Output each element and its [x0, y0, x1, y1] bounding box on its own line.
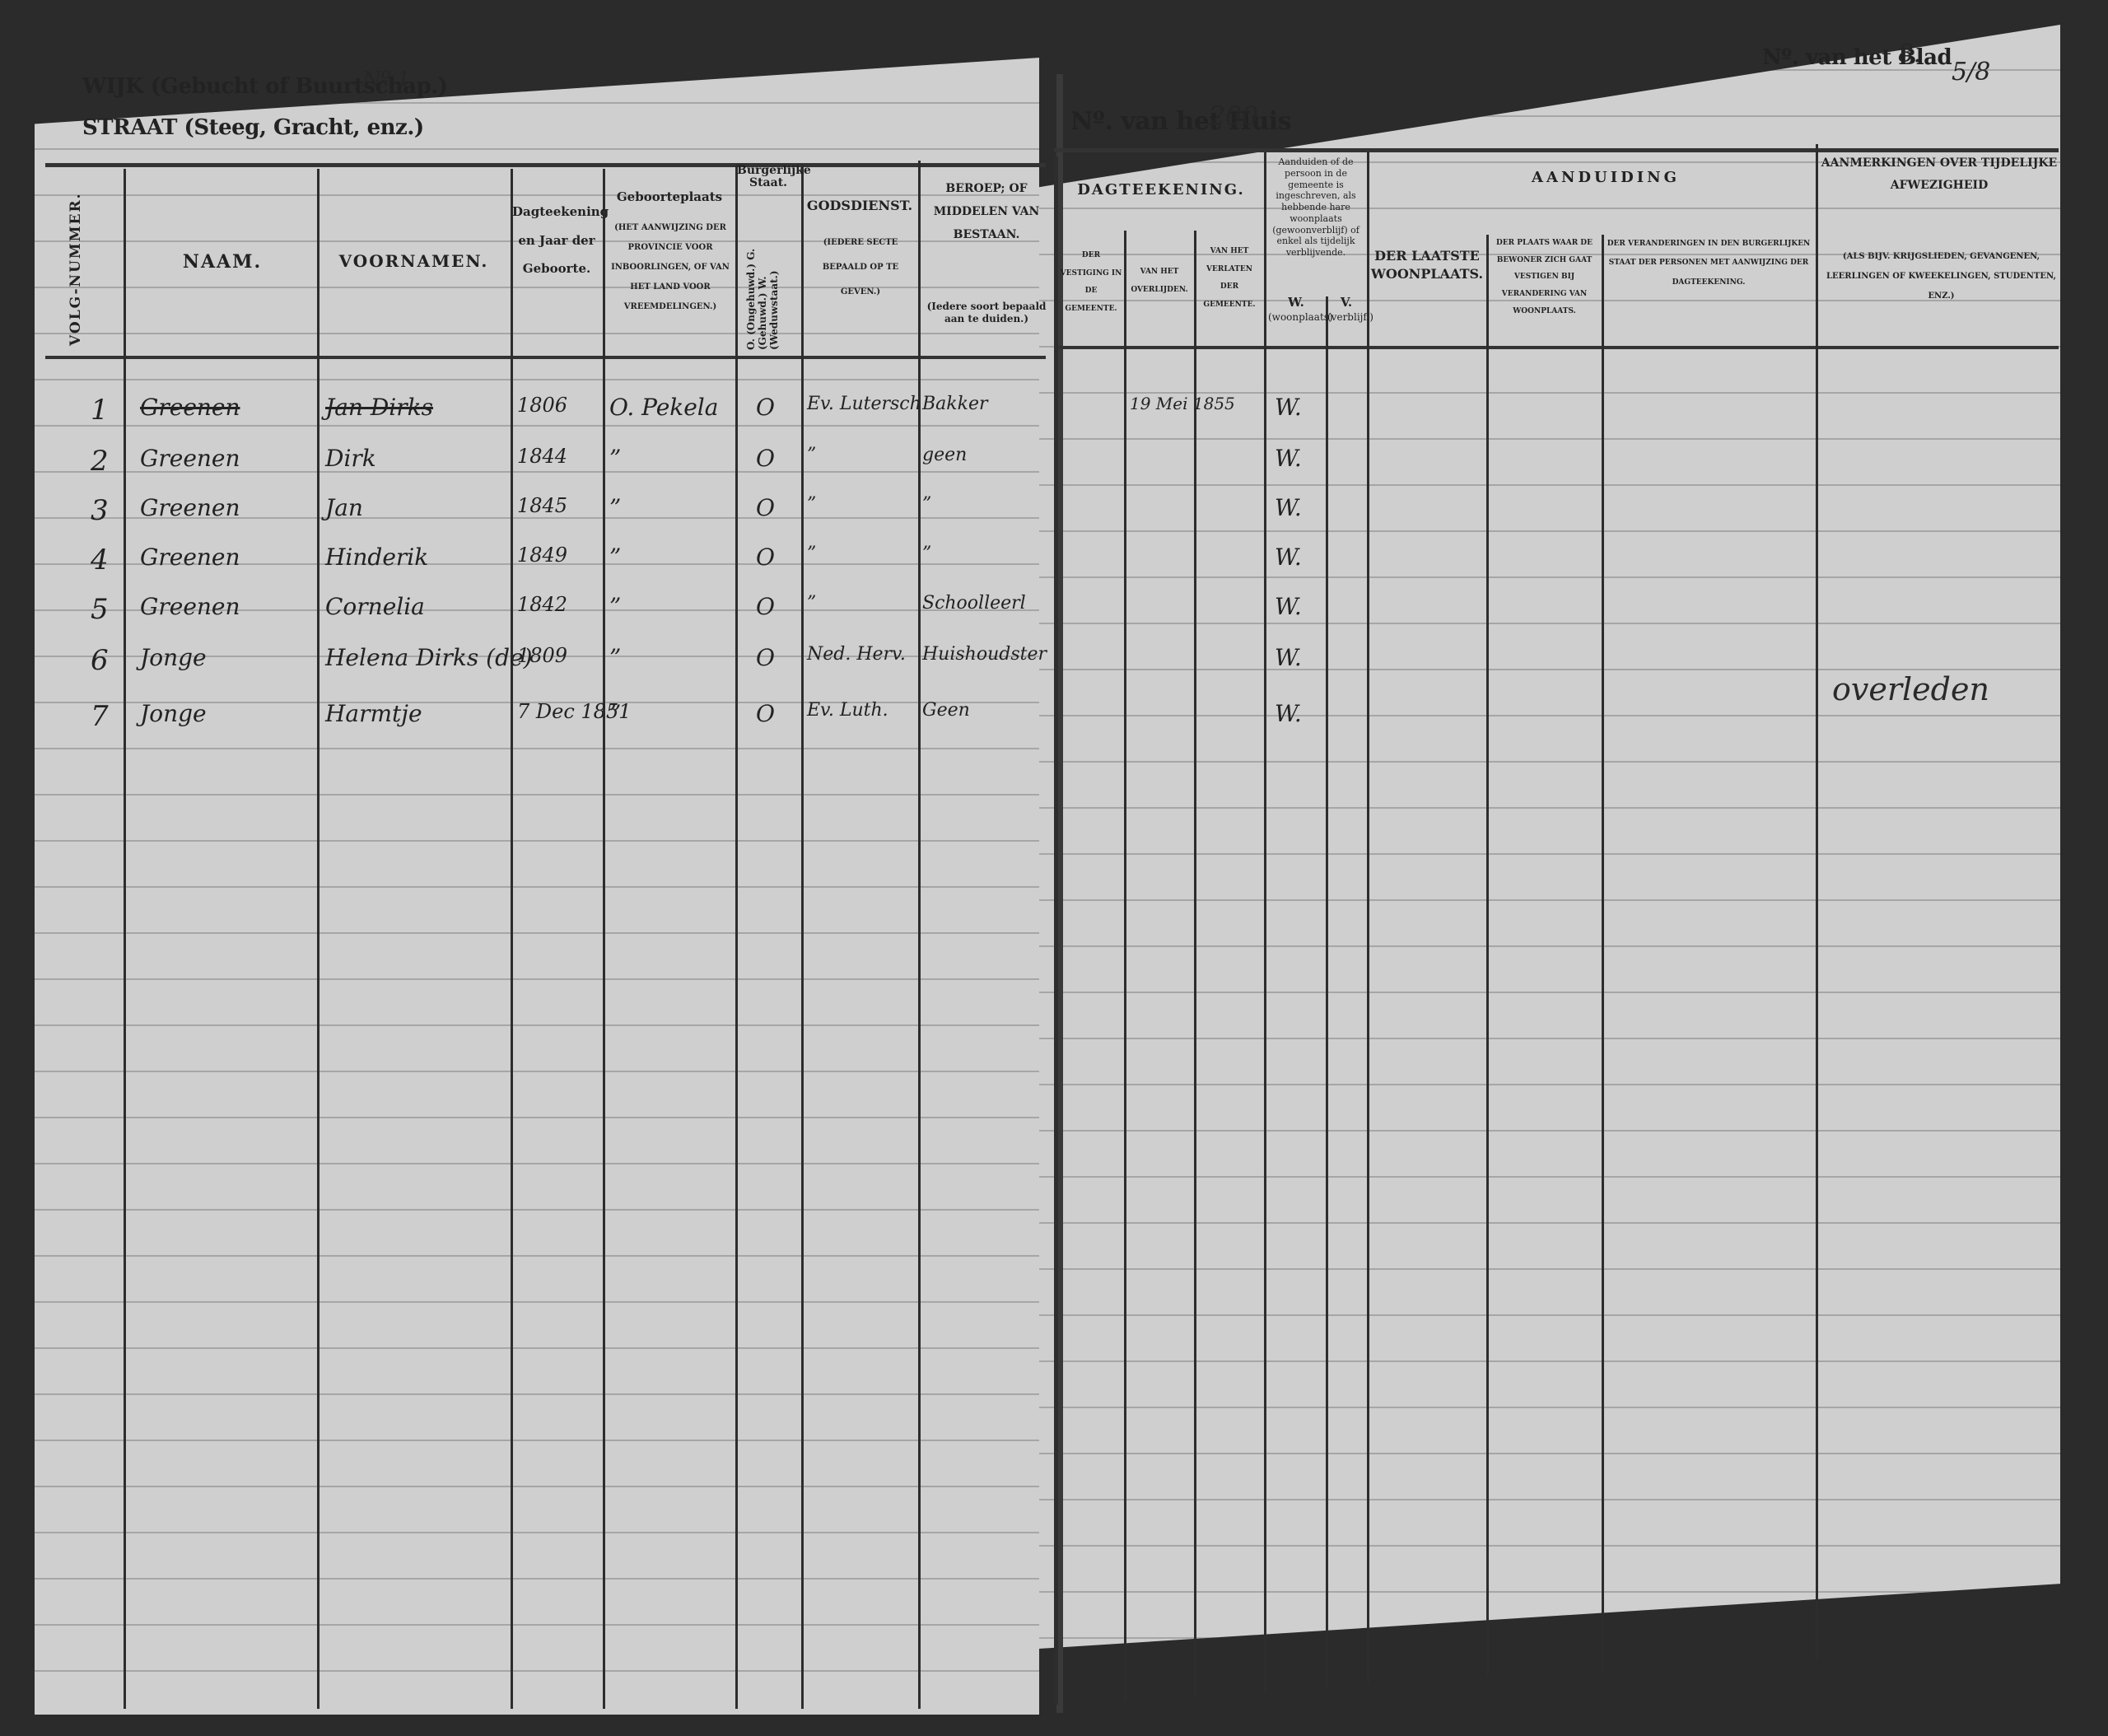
row-6-naam: Jonge	[140, 644, 207, 671]
header-w-sub: (woonplaats)	[1268, 311, 1324, 324]
col-line	[918, 161, 921, 1709]
header-overlijden: VAN HET OVERLIJDEN.	[1126, 264, 1192, 299]
col-line	[735, 165, 738, 1709]
header-w: W.	[1268, 295, 1324, 310]
header-aanmerkingen-sub: (ALS BIJV. KRIJGSLIEDEN, GEVANGENEN, LEE…	[1824, 247, 2059, 306]
col-line	[1602, 235, 1604, 1672]
col-line	[317, 169, 319, 1709]
row-5-naam: Greenen	[140, 593, 240, 620]
row-3-geboorteplaats: ”	[609, 494, 621, 521]
col-line	[1054, 156, 1058, 1705]
row-6-staat: O	[756, 644, 775, 671]
col-line	[1486, 235, 1489, 1676]
header-beroep-sub: (Iedere soort bepaald aan te duiden.)	[921, 301, 1052, 325]
header-geboorteplaats-sub: (HET AANWIJZING DER PROVINCIE VOOR INBOO…	[608, 218, 733, 317]
row-6-geboorteplaats: ”	[609, 644, 621, 671]
row-2-geboorte: 1844	[517, 445, 567, 468]
row-5-voornamen: Cornelia	[325, 593, 425, 620]
wijk-value: Nº 1	[362, 68, 410, 92]
header-v: V.	[1327, 295, 1365, 310]
header-veranderingen: DER VERANDERINGEN IN DEN BURGERLIJKEN ST…	[1606, 235, 1812, 292]
col-line	[124, 169, 126, 1709]
row-5-geboorte: 1842	[517, 593, 567, 616]
header-laatste-woonplaats: DER LAATSTE WOONPLAATS.	[1369, 247, 1485, 284]
header-geboorteplaats: Geboorteplaats	[605, 189, 734, 205]
row-2-beroep: geen	[922, 445, 967, 465]
row-4-naam: Greenen	[140, 544, 240, 571]
row-7-godsdienst: Ev. Luth.	[807, 700, 888, 721]
col-line	[1816, 144, 1818, 1659]
blad-value: 8.	[1898, 40, 1921, 68]
header-godsdienst: GODSDIENST.	[803, 198, 916, 214]
col-line	[1194, 231, 1196, 1696]
col-line	[801, 165, 804, 1709]
header-voornamen: VOORNAMEN.	[321, 251, 506, 272]
row-6-godsdienst: Ned. Herv.	[807, 644, 906, 665]
row-2-staat: O	[756, 445, 775, 472]
header-bottom-rule-right	[1054, 346, 2059, 349]
row-1-naam: Greenen	[140, 394, 240, 421]
header-volgnummer: VOLG-NUMMER.	[68, 189, 84, 346]
row-6-nr: 6	[91, 644, 109, 677]
row-2-godsdienst: ”	[807, 445, 816, 465]
row-1-godsdienst: Ev. Lutersch	[807, 394, 921, 414]
header-dagteekening: DAGTEEKENING.	[1062, 181, 1260, 200]
left-page	[35, 58, 1039, 1715]
row-5-staat: O	[756, 593, 775, 620]
row-1-nr: 1	[91, 394, 109, 427]
row-3-godsdienst: ”	[807, 494, 816, 515]
row-1-geboorte: 1806	[517, 394, 567, 417]
row-1-beroep: Bakker	[922, 394, 987, 414]
blad-annotation: 5/8	[1952, 58, 1990, 86]
header-vestiging: DER VESTIGING IN DE GEMEENTE.	[1060, 247, 1122, 318]
header-staat-options: O. (Ongehuwd.) G. (Gehuwd.) W. (Weduwsta…	[745, 218, 795, 350]
row-4-godsdienst: ”	[807, 544, 816, 564]
row-6-beroep: Huishoudster	[922, 644, 1047, 665]
row-7-beroep: Geen	[922, 700, 970, 721]
row-2-voornamen: Dirk	[325, 445, 376, 472]
row-2-geboorteplaats: ”	[609, 445, 621, 472]
row-5-wv: W.	[1275, 593, 1302, 620]
row-7-wv: W.	[1275, 700, 1302, 727]
col-line	[1124, 231, 1126, 1701]
row-3-beroep: ”	[922, 494, 931, 515]
row-2-nr: 2	[91, 445, 109, 478]
header-bottom-rule-left	[45, 356, 1046, 359]
header-aanduiding: AANDUIDING	[1482, 169, 1729, 188]
row-6-voornamen: Helena Dirks (de)	[325, 644, 533, 671]
row-5-geboorteplaats: ”	[609, 593, 621, 620]
header-verlaten: VAN HET VERLATEN DER GEMEENTE.	[1196, 243, 1262, 314]
col-line	[1326, 296, 1328, 1688]
row-4-wv: W.	[1275, 544, 1302, 571]
row-7-voornamen: Harmtje	[325, 700, 422, 727]
row-7-staat: O	[756, 700, 775, 727]
row-2-naam: Greenen	[140, 445, 240, 472]
row-3-wv: W.	[1275, 494, 1302, 521]
col-line	[1264, 152, 1266, 1692]
row-4-staat: O	[756, 544, 775, 571]
remark-overleden: overleden	[1832, 671, 1989, 707]
row-4-geboorteplaats: ”	[609, 544, 621, 571]
header-top-rule-left	[45, 163, 1046, 167]
huis-value: 200	[1209, 100, 1258, 132]
row-3-nr: 3	[91, 494, 109, 527]
row-5-godsdienst: ”	[807, 593, 816, 614]
row-6-wv: W.	[1275, 644, 1302, 671]
row-6-geboorte: 1809	[517, 644, 567, 667]
row-5-nr: 5	[91, 593, 109, 626]
row-1-wv: W.	[1275, 394, 1302, 421]
header-v-sub: (verblijf.)	[1327, 311, 1365, 324]
row-3-geboorte: 1845	[517, 494, 567, 517]
row-2-wv: W.	[1275, 445, 1302, 472]
row-4-voornamen: Hinderik	[325, 544, 428, 571]
row-1-overlijden: 19 Mei 1855	[1130, 394, 1235, 413]
header-aanmerkingen: AANMERKINGEN OVER TIJDELIJKE AFWEZIGHEID	[1820, 152, 2059, 196]
row-4-nr: 4	[91, 544, 109, 576]
row-3-voornamen: Jan	[325, 494, 363, 521]
blad-label: Nº. van het Blad	[1762, 45, 1952, 70]
row-5-beroep: Schoolleerl	[922, 593, 1026, 614]
header-burgerlijke-staat: Burgerlijke Staat.	[737, 165, 800, 190]
row-1-voornamen: Jan Dirks	[325, 394, 433, 421]
header-aanduiden: Aanduiden of de persoon in de gemeente i…	[1266, 156, 1365, 259]
col-line	[1367, 152, 1369, 1684]
row-1-staat: O	[756, 394, 775, 421]
header-plaats-vestigen: DER PLAATS WAAR DE BEWONER ZICH GAAT VES…	[1489, 235, 1600, 320]
row-7-nr: 7	[91, 700, 109, 733]
row-3-staat: O	[756, 494, 775, 521]
row-4-beroep: ”	[922, 544, 931, 564]
row-4-geboorte: 1849	[517, 544, 567, 567]
row-1-geboorteplaats: O. Pekela	[609, 394, 718, 421]
header-beroep: BEROEP; OF MIDDELEN VAN BESTAAN.	[921, 177, 1052, 246]
row-3-naam: Greenen	[140, 494, 240, 521]
straat-label: STRAAT (Steeg, Gracht, enz.)	[82, 115, 424, 140]
col-line	[603, 169, 605, 1709]
row-7-naam: Jonge	[140, 700, 207, 727]
header-godsdienst-sub: (IEDERE SECTE BEPAALD OP TE GEVEN.)	[805, 231, 916, 305]
header-geboorte: Dagteekening en Jaar der Geboorte.	[512, 198, 601, 283]
row-7-geboorteplaats: ”	[609, 700, 621, 727]
header-naam: NAAM.	[132, 251, 313, 274]
col-line	[511, 169, 513, 1709]
